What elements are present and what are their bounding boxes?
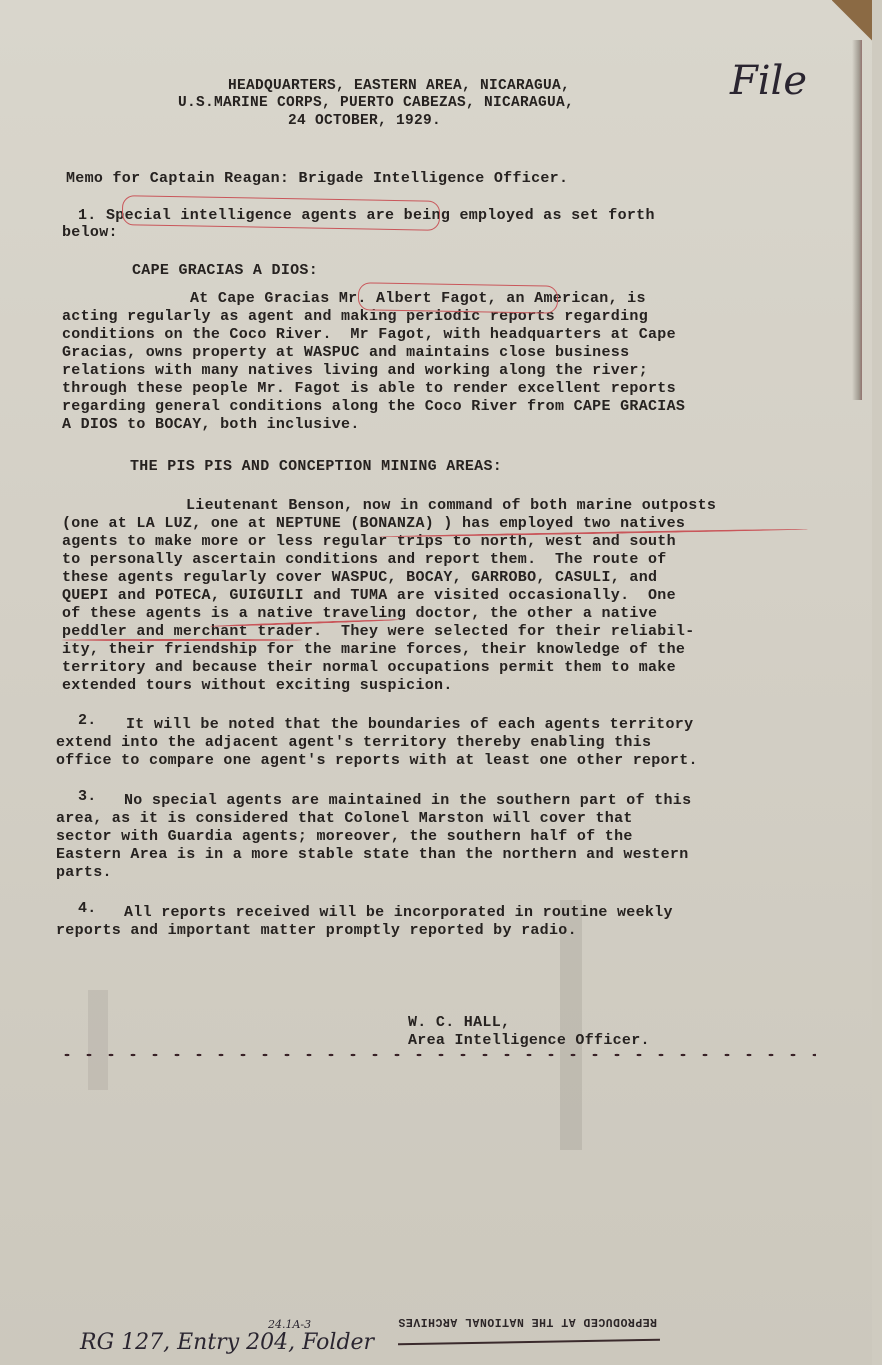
section1-line: through these people Mr. Fagot is able t…: [62, 380, 676, 398]
red-pencil-circle: [122, 195, 440, 231]
page-edge-shadow: [852, 40, 862, 400]
signature-title: Area Intelligence Officer.: [408, 1032, 650, 1050]
stamp-underline: [398, 1339, 660, 1346]
para3-line: Eastern Area is in a more stable state t…: [56, 846, 689, 864]
section2-line: agents to make more or less regular trip…: [62, 533, 676, 551]
para4-number: 4.: [78, 900, 97, 918]
archives-stamp: REPRODUCED AT THE NATIONAL ARCHIVES: [398, 1315, 657, 1328]
section2-line: extended tours without exciting suspicio…: [62, 677, 453, 695]
red-pencil-circle: [358, 282, 558, 313]
red-pencil-underline: [62, 639, 302, 641]
section2-line: Lieutenant Benson, now in command of bot…: [186, 497, 716, 515]
section1-line: Gracias, owns property at WASPUC and mai…: [62, 344, 629, 362]
header-line-1: HEADQUARTERS, EASTERN AREA, NICARAGUA,: [228, 77, 570, 95]
section1-line: acting regularly as agent and making per…: [62, 308, 648, 326]
para2-line: office to compare one agent's reports wi…: [56, 752, 698, 770]
para3-line: area, as it is considered that Colonel M…: [56, 810, 633, 828]
para3-number: 3.: [78, 788, 97, 806]
section2-line: (one at LA LUZ, one at NEPTUNE (BONANZA)…: [62, 515, 685, 533]
header-line-2: U.S.MARINE CORPS, PUERTO CABEZAS, NICARA…: [178, 94, 574, 112]
handwritten-file-note: File: [730, 58, 807, 104]
para2-number: 2.: [78, 712, 97, 730]
section1-line: regarding general conditions along the C…: [62, 398, 685, 416]
document-page: HEADQUARTERS, EASTERN AREA, NICARAGUA, U…: [0, 0, 872, 1365]
section2-line: these agents regularly cover WASPUC, BOC…: [62, 569, 657, 587]
para3-line: parts.: [56, 864, 112, 882]
header-date: 24 OCTOBER, 1929.: [288, 112, 441, 130]
section2-line: territory and because their normal occup…: [62, 659, 676, 677]
section2-line: ity, their friendship for the marine for…: [62, 641, 685, 659]
memo-recipient: Memo for Captain Reagan: Brigade Intelli…: [66, 170, 568, 188]
para3-line: sector with Guardia agents; moreover, th…: [56, 828, 633, 846]
section1-line: conditions on the Coco River. Mr Fagot, …: [62, 326, 676, 344]
para4-line: reports and important matter promptly re…: [56, 922, 577, 940]
dotted-separator: [56, 1053, 816, 1057]
para3-line: No special agents are maintained in the …: [124, 792, 691, 810]
section-heading-cape-gracias: CAPE GRACIAS A DIOS:: [132, 262, 318, 280]
section1-line: relations with many natives living and w…: [62, 362, 648, 380]
para1-text-cont: below:: [62, 224, 118, 242]
section-heading-pis-pis: THE PIS PIS AND CONCEPTION MINING AREAS:: [130, 458, 502, 476]
section1-line: A DIOS to BOCAY, both inclusive.: [62, 416, 360, 434]
para2-line: It will be noted that the boundaries of …: [126, 716, 693, 734]
para2-line: extend into the adjacent agent's territo…: [56, 734, 651, 752]
para1-number: 1.: [78, 207, 97, 225]
signature-name: W. C. HALL,: [408, 1014, 510, 1032]
photocopy-streak: [88, 990, 108, 1090]
section2-line: to personally ascertain conditions and r…: [62, 551, 667, 569]
para4-line: All reports received will be incorporate…: [124, 904, 673, 922]
handwritten-archive-citation: RG 127, Entry 204, Folder: [80, 1330, 374, 1355]
handwritten-folder-number: 24.1A-3: [268, 1318, 311, 1331]
section2-line: QUEPI and POTECA, GUIGUILI and TUMA are …: [62, 587, 676, 605]
